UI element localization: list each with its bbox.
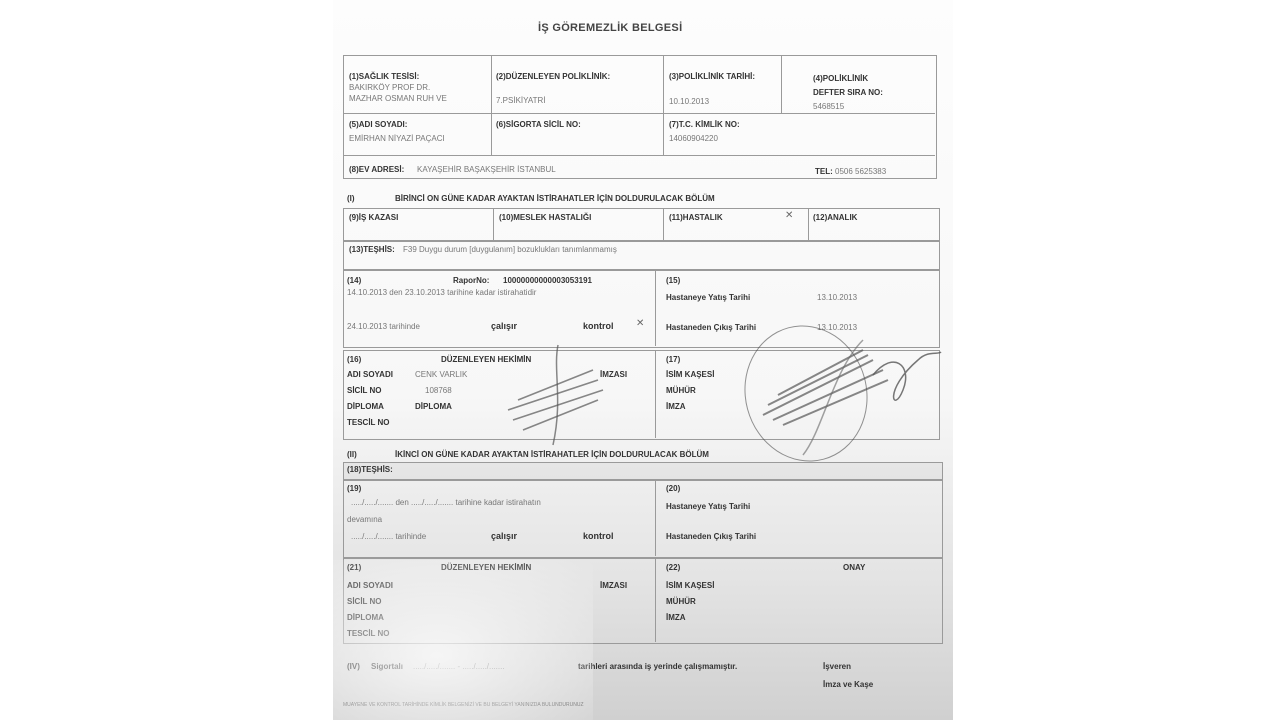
divider xyxy=(655,480,656,556)
hastalik-check-mark: ✕ xyxy=(785,210,793,221)
divider xyxy=(808,208,809,240)
defter-sira-no-value: 5468515 xyxy=(813,102,844,111)
tc-kimlik-no-label: (7)T.C. KİMLİK NO: xyxy=(669,120,740,129)
ev-adresi-value: KAYAŞEHİR BAŞAKŞEHİR İSTANBUL xyxy=(417,165,556,174)
muhur-two-label: MÜHÜR xyxy=(666,597,696,606)
rest-two-number: (19) xyxy=(347,484,361,493)
poliklinik-tarihi-value: 10.10.2013 xyxy=(669,97,709,106)
doctor-two-number: (21) xyxy=(347,563,361,572)
rest-period: 14.10.2013 den 23.10.2013 tarihine kadar… xyxy=(347,288,536,297)
section-four-dates: ...../...../....... - ...../...../......… xyxy=(413,662,505,671)
tel-value: 0506 5625383 xyxy=(835,167,886,176)
imza-label: İMZA xyxy=(666,402,686,411)
isveren-label: İşveren xyxy=(823,662,851,671)
imza-kase-label: İmza ve Kaşe xyxy=(823,680,873,689)
divider xyxy=(343,113,935,114)
saglik-tesisi-label: (1)SAĞLIK TESİSİ: xyxy=(349,72,419,81)
yatis-two-label: Hastaneye Yatış Tarihi xyxy=(666,502,750,511)
doctor-sicil-label: SİCİL NO xyxy=(347,386,382,395)
divider xyxy=(655,350,656,438)
footer-note: MUAYENE VE KONTROL TARİHİNDE KİMLİK BELG… xyxy=(343,702,584,708)
rest-two-line2: devamına xyxy=(347,515,382,524)
meslek-hastaligi-label: (10)MESLEK HASTALIĞI xyxy=(499,213,591,222)
rapor-no-label: RaporNo: xyxy=(453,276,489,285)
adi-soyadi-label: (5)ADI SOYADI: xyxy=(349,120,407,129)
saglik-tesisi-value-2: MAZHAR OSMAN RUH VE xyxy=(349,94,447,103)
defter-sira-no-label-2: DEFTER SIRA NO: xyxy=(813,88,883,97)
yatis-value: 13.10.2013 xyxy=(817,293,857,302)
rest-number: (14) xyxy=(347,276,361,285)
document-title: İŞ GÖREMEZLİK BELGESİ xyxy=(538,22,682,34)
imza-two-label: İMZA xyxy=(666,613,686,622)
saglik-tesisi-value: BAKIRKÖY PROF DR. xyxy=(349,83,430,92)
doctor-two-sicil-label: SİCİL NO xyxy=(347,597,382,606)
defter-sira-no-label: (4)POLİKLİNİK xyxy=(813,74,868,83)
kontrol-two-label: kontrol xyxy=(583,531,614,541)
calisir-two-label: çalışır xyxy=(491,531,517,541)
cikis-two-label: Hastaneden Çıkış Tarihi xyxy=(666,532,756,541)
divider xyxy=(781,55,782,113)
teshis-label: (13)TEŞHİS: xyxy=(349,245,395,254)
hospital-two-number: (20) xyxy=(666,484,680,493)
doctor-name-label: ADI SOYADI xyxy=(347,370,393,379)
adi-soyadi-value: EMİRHAN NİYAZİ PAÇACI xyxy=(349,134,445,143)
muhur-label: MÜHÜR xyxy=(666,386,696,395)
section-two-heading: İKİNCİ ON GÜNE KADAR AYAKTAN İSTİRAHATLE… xyxy=(395,450,709,459)
doctor-two-tescil-label: TESCİL NO xyxy=(347,629,390,638)
section-four-end: tarihleri arasında iş yerinde çalışmamış… xyxy=(578,662,737,671)
doctor-two-heading: DÜZENLEYEN HEKİMİN xyxy=(441,563,531,572)
doctor-two-diploma-label: DİPLOMA xyxy=(347,613,384,622)
sigorta-sicil-no-label: (6)SİGORTA SİCİL NO: xyxy=(496,120,581,129)
kontrol-label: kontrol xyxy=(583,321,614,331)
doctor-diploma-label: DİPLOMA xyxy=(347,402,384,411)
rest-two-line1: ...../...../....... den ...../...../....… xyxy=(351,498,541,507)
isim-kasesi-two-label: İSİM KAŞESİ xyxy=(666,581,714,590)
divider xyxy=(655,270,656,346)
divider xyxy=(655,558,656,642)
doctor-name-value: CENK VARLIK xyxy=(415,370,467,379)
rest-hospital-two-row xyxy=(343,480,943,558)
teshis-value: F39 Duygu durum [duygulanım] bozukluklar… xyxy=(403,245,617,254)
onay-label: ONAY xyxy=(843,563,865,572)
duzenleyen-poliklinik-label: (2)DÜZENLEYEN POLİKLİNİK: xyxy=(496,72,610,81)
yatis-label: Hastaneye Yatış Tarihi xyxy=(666,293,750,302)
doctor-two-imzasi-label: İMZASI xyxy=(600,581,627,590)
is-kazasi-label: (9)İŞ KAZASI xyxy=(349,213,398,222)
return-date: 24.10.2013 tarihinde xyxy=(347,322,420,331)
teshis-two-row xyxy=(343,462,943,480)
isim-kasesi-label: İSİM KAŞESİ xyxy=(666,370,714,379)
doctor-diploma-value: DİPLOMA xyxy=(415,402,452,411)
doctor-number: (16) xyxy=(347,355,361,364)
rapor-no-value: 10000000000003053191 xyxy=(503,276,592,285)
calisir-label: çalışır xyxy=(491,321,517,331)
hastalik-label: (11)HASTALIK xyxy=(669,213,723,222)
rest-two-line3: ...../...../....... tarihinde xyxy=(351,532,426,541)
approval-two-number: (22) xyxy=(666,563,680,572)
doctor-signature xyxy=(498,340,618,450)
teshis-two-label: (18)TEŞHİS: xyxy=(347,465,393,474)
hospital-signature xyxy=(743,320,943,460)
divider xyxy=(663,55,664,155)
section-two-number: (II) xyxy=(347,450,357,459)
section-four-start: Sigortalı xyxy=(371,662,403,671)
hospital-number: (15) xyxy=(666,276,680,285)
analik-label: (12)ANALIK xyxy=(813,213,857,222)
document-page: İŞ GÖREMEZLİK BELGESİ (1)SAĞLIK TESİSİ: … xyxy=(333,0,953,720)
divider xyxy=(491,55,492,155)
doctor-two-name-label: ADI SOYADI xyxy=(347,581,393,590)
divider xyxy=(493,208,494,240)
doctor-tescil-label: TESCİL NO xyxy=(347,418,390,427)
approval-number: (17) xyxy=(666,355,680,364)
section-four-number: (IV) xyxy=(347,662,360,671)
kontrol-check-mark: ✕ xyxy=(636,318,644,329)
poliklinik-tarihi-label: (3)POLİKLİNİK TARİHİ: xyxy=(669,72,755,81)
section-one-heading: BİRİNCİ ON GÜNE KADAR AYAKTAN İSTİRAHATL… xyxy=(395,194,715,203)
ev-adresi-label: (8)EV ADRESİ: xyxy=(349,165,404,174)
doctor-sicil-value: 108768 xyxy=(425,386,452,395)
tel-label: TEL: xyxy=(815,167,833,176)
section-one-number: (I) xyxy=(347,194,355,203)
divider xyxy=(663,208,664,240)
duzenleyen-poliklinik-value: 7.PSİKİYATRİ xyxy=(496,96,546,105)
tc-kimlik-no-value: 14060904220 xyxy=(669,134,718,143)
divider xyxy=(343,155,935,156)
